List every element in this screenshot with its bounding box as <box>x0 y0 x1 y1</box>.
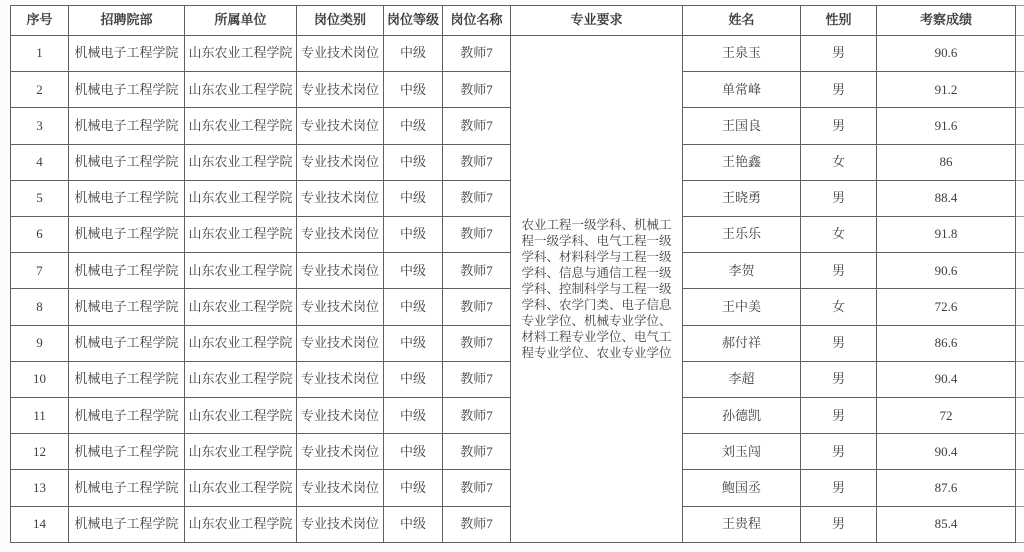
cell-position: 教师7 <box>443 470 511 506</box>
cell-unit: 山东农业工程学院 <box>185 217 297 253</box>
cell-category: 专业技术岗位 <box>297 72 384 108</box>
cropped-edge-cell <box>1016 72 1024 108</box>
table-body: 1机械电子工程学院山东农业工程学院专业技术岗位中级教师7农业工程一级学科、机械工… <box>11 36 1024 543</box>
cell-score: 88.4 <box>877 180 1016 216</box>
cell-name: 王贵程 <box>683 506 801 542</box>
cell-name: 郝付祥 <box>683 325 801 361</box>
cell-name: 单常峰 <box>683 72 801 108</box>
cell-position: 教师7 <box>443 144 511 180</box>
cell-category: 专业技术岗位 <box>297 325 384 361</box>
cropped-edge-cell <box>1016 108 1024 144</box>
cell-level: 中级 <box>384 398 443 434</box>
column-header-requirements: 专业要求 <box>511 6 683 36</box>
cell-serial: 3 <box>11 108 69 144</box>
column-header-position: 岗位名称 <box>443 6 511 36</box>
cell-score: 90.6 <box>877 253 1016 289</box>
cell-position: 教师7 <box>443 72 511 108</box>
cell-level: 中级 <box>384 253 443 289</box>
cell-unit: 山东农业工程学院 <box>185 398 297 434</box>
cell-score: 91.8 <box>877 217 1016 253</box>
cell-unit: 山东农业工程学院 <box>185 434 297 470</box>
cell-category: 专业技术岗位 <box>297 506 384 542</box>
cell-department: 机械电子工程学院 <box>69 434 185 470</box>
cell-gender: 男 <box>801 253 877 289</box>
cell-gender: 男 <box>801 361 877 397</box>
cell-position: 教师7 <box>443 289 511 325</box>
cropped-edge-cell <box>1016 398 1024 434</box>
cell-unit: 山东农业工程学院 <box>185 289 297 325</box>
cell-gender: 女 <box>801 289 877 325</box>
cell-score: 90.4 <box>877 434 1016 470</box>
column-header-unit: 所属单位 <box>185 6 297 36</box>
cell-department: 机械电子工程学院 <box>69 36 185 72</box>
cell-name: 王晓勇 <box>683 180 801 216</box>
cell-unit: 山东农业工程学院 <box>185 180 297 216</box>
cell-level: 中级 <box>384 72 443 108</box>
cell-name: 王泉玉 <box>683 36 801 72</box>
cropped-edge-cell <box>1016 217 1024 253</box>
recruitment-results-table: 序号 招聘院部 所属单位 岗位类别 岗位等级 岗位名称 专业要求 姓名 性别 考… <box>10 5 1024 543</box>
cell-serial: 8 <box>11 289 69 325</box>
cell-unit: 山东农业工程学院 <box>185 144 297 180</box>
cell-unit: 山东农业工程学院 <box>185 361 297 397</box>
cell-gender: 男 <box>801 398 877 434</box>
cell-department: 机械电子工程学院 <box>69 253 185 289</box>
cell-level: 中级 <box>384 108 443 144</box>
cell-category: 专业技术岗位 <box>297 434 384 470</box>
cropped-edge-cell <box>1016 36 1024 72</box>
cell-score: 85.4 <box>877 506 1016 542</box>
cell-position: 教师7 <box>443 217 511 253</box>
cropped-edge-cell <box>1016 144 1024 180</box>
cell-gender: 男 <box>801 325 877 361</box>
cell-gender: 男 <box>801 470 877 506</box>
cropped-edge-cell <box>1016 361 1024 397</box>
cell-serial: 13 <box>11 470 69 506</box>
cell-unit: 山东农业工程学院 <box>185 72 297 108</box>
cell-department: 机械电子工程学院 <box>69 72 185 108</box>
cell-name: 鲍国丞 <box>683 470 801 506</box>
table-row: 1机械电子工程学院山东农业工程学院专业技术岗位中级教师7农业工程一级学科、机械工… <box>11 36 1024 72</box>
cell-level: 中级 <box>384 361 443 397</box>
cell-name: 刘玉闯 <box>683 434 801 470</box>
cell-serial: 5 <box>11 180 69 216</box>
cell-unit: 山东农业工程学院 <box>185 470 297 506</box>
cropped-edge-cell <box>1016 253 1024 289</box>
cell-level: 中级 <box>384 470 443 506</box>
cell-category: 专业技术岗位 <box>297 289 384 325</box>
cell-position: 教师7 <box>443 253 511 289</box>
cell-score: 91.6 <box>877 108 1016 144</box>
cell-serial: 4 <box>11 144 69 180</box>
cell-level: 中级 <box>384 434 443 470</box>
cell-gender: 女 <box>801 144 877 180</box>
cell-score: 91.2 <box>877 72 1016 108</box>
cell-position: 教师7 <box>443 108 511 144</box>
cropped-edge-cell <box>1016 289 1024 325</box>
cell-category: 专业技术岗位 <box>297 144 384 180</box>
cell-department: 机械电子工程学院 <box>69 325 185 361</box>
cell-department: 机械电子工程学院 <box>69 470 185 506</box>
cell-level: 中级 <box>384 289 443 325</box>
cell-gender: 男 <box>801 180 877 216</box>
cell-serial: 12 <box>11 434 69 470</box>
cell-gender: 女 <box>801 217 877 253</box>
cell-gender: 男 <box>801 36 877 72</box>
cell-category: 专业技术岗位 <box>297 108 384 144</box>
column-header-name: 姓名 <box>683 6 801 36</box>
cropped-edge-cell <box>1016 506 1024 542</box>
cell-name: 孙德凯 <box>683 398 801 434</box>
cell-name: 王艳鑫 <box>683 144 801 180</box>
cell-level: 中级 <box>384 180 443 216</box>
cropped-edge-cell <box>1016 434 1024 470</box>
cell-category: 专业技术岗位 <box>297 361 384 397</box>
cropped-edge-cell <box>1016 180 1024 216</box>
column-header-level: 岗位等级 <box>384 6 443 36</box>
cell-name: 李超 <box>683 361 801 397</box>
cell-level: 中级 <box>384 506 443 542</box>
column-header-score: 考察成绩 <box>877 6 1016 36</box>
cell-score: 90.4 <box>877 361 1016 397</box>
cell-serial: 9 <box>11 325 69 361</box>
cell-department: 机械电子工程学院 <box>69 506 185 542</box>
cell-level: 中级 <box>384 144 443 180</box>
cell-department: 机械电子工程学院 <box>69 217 185 253</box>
cell-serial: 14 <box>11 506 69 542</box>
cell-unit: 山东农业工程学院 <box>185 253 297 289</box>
cell-gender: 男 <box>801 434 877 470</box>
cell-serial: 10 <box>11 361 69 397</box>
cell-position: 教师7 <box>443 434 511 470</box>
cell-department: 机械电子工程学院 <box>69 398 185 434</box>
cell-department: 机械电子工程学院 <box>69 289 185 325</box>
cell-serial: 7 <box>11 253 69 289</box>
cell-name: 王国良 <box>683 108 801 144</box>
column-header-serial: 序号 <box>11 6 69 36</box>
cell-score: 86 <box>877 144 1016 180</box>
cell-category: 专业技术岗位 <box>297 470 384 506</box>
cell-unit: 山东农业工程学院 <box>185 325 297 361</box>
cell-score: 72 <box>877 398 1016 434</box>
cell-category: 专业技术岗位 <box>297 36 384 72</box>
cell-unit: 山东农业工程学院 <box>185 108 297 144</box>
cell-position: 教师7 <box>443 36 511 72</box>
cell-score: 87.6 <box>877 470 1016 506</box>
cell-position: 教师7 <box>443 398 511 434</box>
cell-level: 中级 <box>384 217 443 253</box>
cell-requirements: 农业工程一级学科、机械工程一级学科、电气工程一级学科、材料科学与工程一级学科、信… <box>511 36 683 543</box>
cell-serial: 1 <box>11 36 69 72</box>
cell-name: 李贺 <box>683 253 801 289</box>
cell-position: 教师7 <box>443 325 511 361</box>
cropped-edge-cell <box>1016 470 1024 506</box>
cell-score: 90.6 <box>877 36 1016 72</box>
cell-category: 专业技术岗位 <box>297 398 384 434</box>
column-header-gender: 性别 <box>801 6 877 36</box>
cell-department: 机械电子工程学院 <box>69 144 185 180</box>
cropped-edge-cell <box>1016 325 1024 361</box>
cell-category: 专业技术岗位 <box>297 253 384 289</box>
cell-gender: 男 <box>801 506 877 542</box>
cell-department: 机械电子工程学院 <box>69 180 185 216</box>
cell-department: 机械电子工程学院 <box>69 108 185 144</box>
cell-gender: 男 <box>801 108 877 144</box>
cell-department: 机械电子工程学院 <box>69 361 185 397</box>
cell-unit: 山东农业工程学院 <box>185 36 297 72</box>
cell-position: 教师7 <box>443 506 511 542</box>
cell-score: 86.6 <box>877 325 1016 361</box>
cell-name: 王乐乐 <box>683 217 801 253</box>
cell-name: 王中美 <box>683 289 801 325</box>
cell-level: 中级 <box>384 36 443 72</box>
column-header-department: 招聘院部 <box>69 6 185 36</box>
cell-gender: 男 <box>801 72 877 108</box>
cell-category: 专业技术岗位 <box>297 217 384 253</box>
cell-serial: 2 <box>11 72 69 108</box>
column-header-category: 岗位类别 <box>297 6 384 36</box>
cell-serial: 11 <box>11 398 69 434</box>
cropped-edge-cell <box>1016 6 1024 36</box>
header-row: 序号 招聘院部 所属单位 岗位类别 岗位等级 岗位名称 专业要求 姓名 性别 考… <box>11 6 1024 36</box>
cell-position: 教师7 <box>443 361 511 397</box>
cell-serial: 6 <box>11 217 69 253</box>
cell-score: 72.6 <box>877 289 1016 325</box>
cell-position: 教师7 <box>443 180 511 216</box>
cell-unit: 山东农业工程学院 <box>185 506 297 542</box>
cell-level: 中级 <box>384 325 443 361</box>
cell-category: 专业技术岗位 <box>297 180 384 216</box>
